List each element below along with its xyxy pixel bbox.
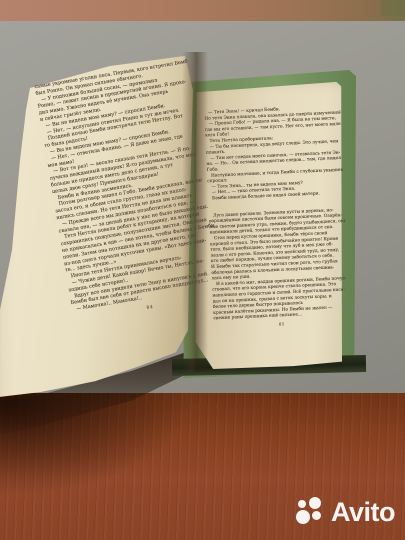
right-page-lines: — Тетя Энна! — кричал Бемби.Но тетя Энна…	[204, 104, 350, 322]
right-page-text: — Тетя Энна! — кричал Бемби.Но тетя Энна…	[204, 104, 350, 331]
avito-logo-dot	[309, 497, 321, 509]
avito-logo-icon	[296, 497, 326, 527]
avito-watermark: Avito	[296, 497, 395, 527]
photo-scene: самые укромные уголки леса. Первым, кого…	[0, 0, 405, 540]
avito-wordmark: Avito	[331, 499, 395, 526]
table-top-edge	[0, 0, 405, 21]
avito-logo-dot	[298, 500, 306, 508]
avito-logo-dot	[296, 510, 310, 524]
table-top-corner-shade	[381, 0, 405, 16]
avito-logo-dot	[312, 511, 321, 520]
